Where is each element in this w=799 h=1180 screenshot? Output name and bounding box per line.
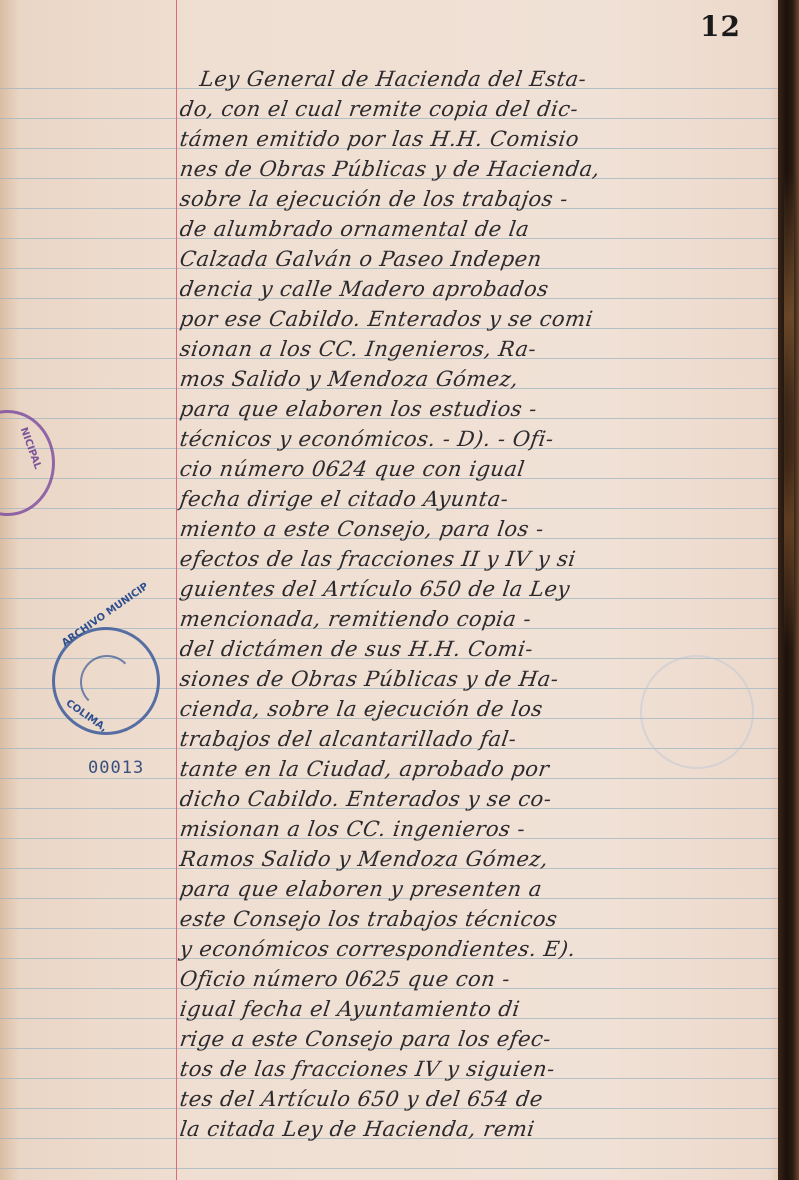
- text-line: y económicos correspondientes. E).: [178, 934, 799, 964]
- text-line: Oficio número 0625 que con -: [178, 964, 799, 994]
- text-line: mencionada, remitiendo copia -: [178, 604, 799, 634]
- text-line: tante en la Ciudad, aprobado por: [178, 754, 799, 784]
- text-line: este Consejo los trabajos técnicos: [178, 904, 799, 934]
- red-margin-line: [176, 0, 177, 1180]
- text-line: Calzada Galván o Paseo Indepen: [178, 244, 799, 274]
- text-line: trabajos del alcantarillado fal-: [178, 724, 799, 754]
- text-line: técnicos y económicos. - D). - Ofi-: [178, 424, 799, 454]
- text-line: igual fecha el Ayuntamiento di: [178, 994, 799, 1024]
- text-line: támen emitido por las H.H. Comisio: [178, 124, 799, 154]
- text-line: por ese Cabildo. Enterados y se comi: [178, 304, 799, 334]
- text-line: Ramos Salido y Mendoza Gómez,: [178, 844, 799, 874]
- text-line: siones de Obras Públicas y de Ha-: [178, 664, 799, 694]
- page-number: 12: [700, 10, 741, 43]
- text-line: la citada Ley de Hacienda, remi: [178, 1114, 799, 1144]
- rule-line: [0, 1168, 778, 1169]
- text-line: para que elaboren y presenten a: [178, 874, 799, 904]
- text-line: nes de Obras Públicas y de Hacienda,: [178, 154, 799, 184]
- text-line: sionan a los CC. Ingenieros, Ra-: [178, 334, 799, 364]
- text-line: para que elaboren los estudios -: [178, 394, 799, 424]
- text-line: cio número 0624 que con igual: [178, 454, 799, 484]
- text-line: mos Salido y Mendoza Gómez,: [178, 364, 799, 394]
- text-line: cienda, sobre la ejecución de los: [178, 694, 799, 724]
- text-line: do, con el cual remite copia del dic-: [178, 94, 799, 124]
- text-line: miento a este Consejo, para los -: [178, 514, 799, 544]
- text-line: Ley General de Hacienda del Esta-: [198, 64, 799, 94]
- text-line: dicho Cabildo. Enterados y se co-: [178, 784, 799, 814]
- text-line: misionan a los CC. ingenieros -: [178, 814, 799, 844]
- text-line: rige a este Consejo para los efec-: [178, 1024, 799, 1054]
- text-line: dencia y calle Madero aprobados: [178, 274, 799, 304]
- text-line: sobre la ejecución de los trabajos -: [178, 184, 799, 214]
- text-line: de alumbrado ornamental de la: [178, 214, 799, 244]
- text-line: guientes del Artículo 650 de la Ley: [178, 574, 799, 604]
- archive-stamp-inner-ring: [80, 655, 134, 709]
- text-line: efectos de las fracciones II y IV y si: [178, 544, 799, 574]
- archive-serial-number: 00013: [88, 758, 144, 778]
- text-line: tos de las fracciones IV y siguien-: [178, 1054, 799, 1084]
- text-line: del dictámen de sus H.H. Comi-: [178, 634, 799, 664]
- text-line: fecha dirige el citado Ayunta-: [178, 484, 799, 514]
- text-line: tes del Artículo 650 y del 654 de: [178, 1084, 799, 1114]
